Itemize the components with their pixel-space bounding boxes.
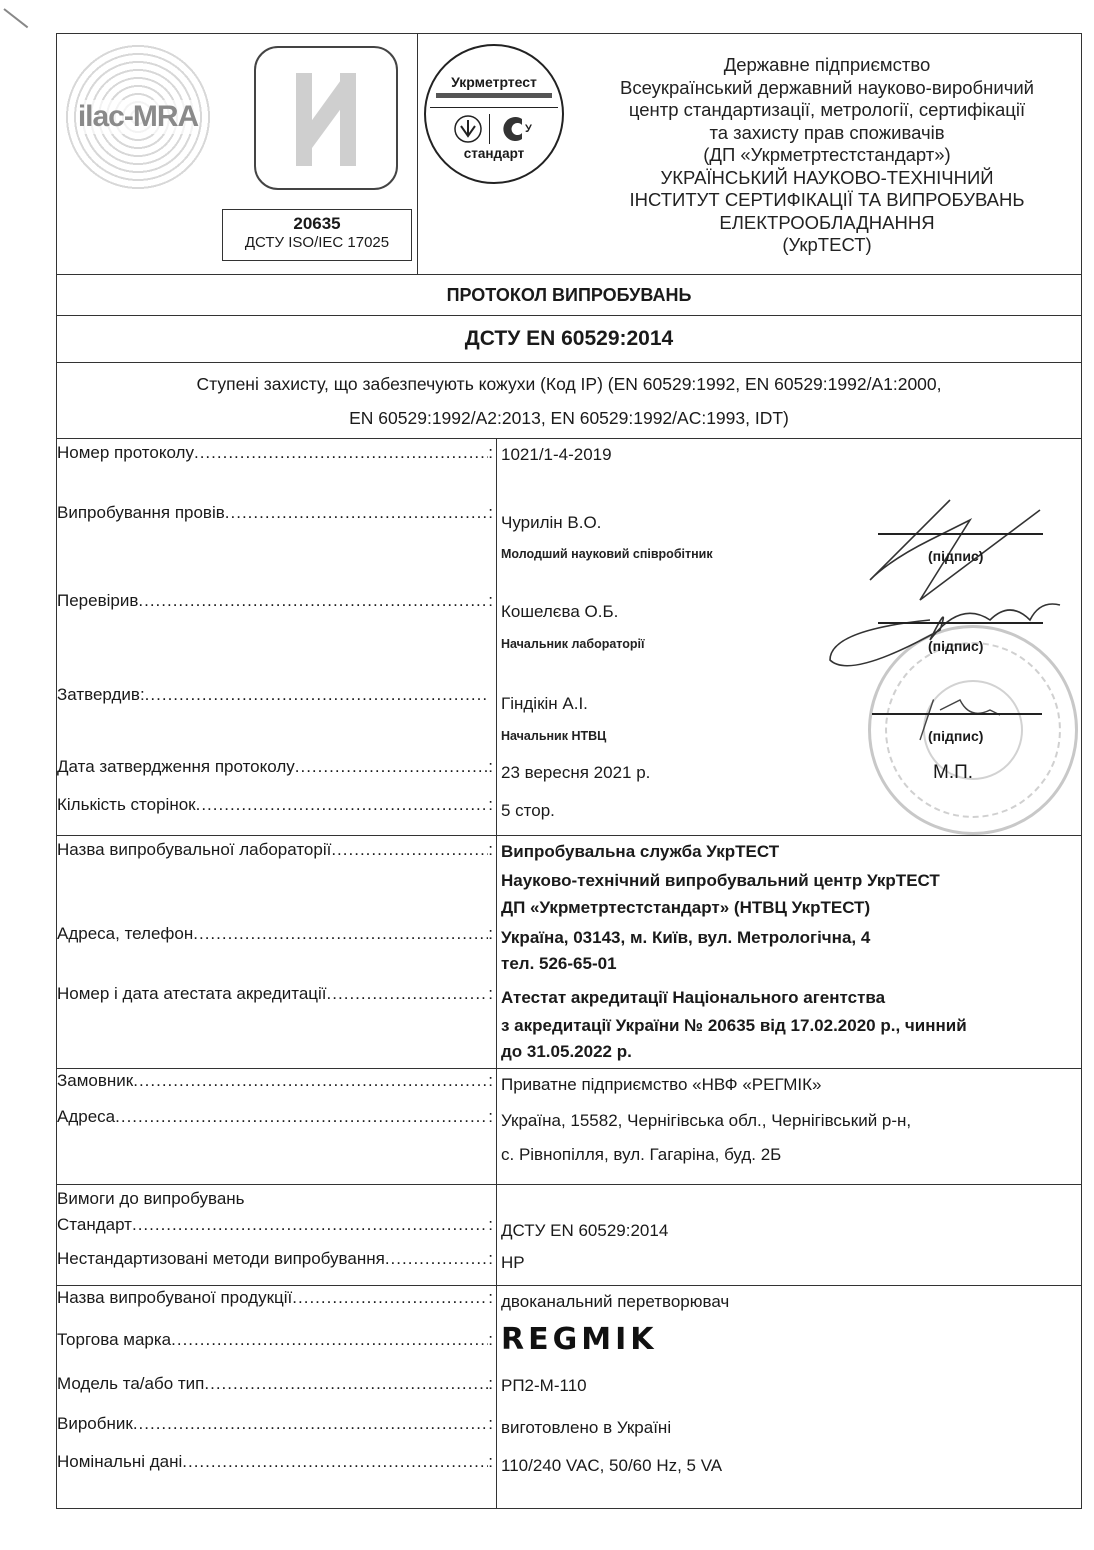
approver-position: Начальник НТВЦ	[501, 729, 606, 743]
requirements-heading: Вимоги до випробувань	[57, 1189, 245, 1209]
org-line: ЕЛЕКТРООБЛАДНАННЯ	[573, 212, 1081, 235]
checker-position: Начальник лабораторії	[501, 637, 645, 651]
ukrsepro-mark-icon: У	[496, 114, 536, 144]
approval-date: 23 вересня 2021 р.	[501, 763, 650, 783]
customer-address-line: Україна, 15582, Чернігівська обл., Черні…	[501, 1111, 911, 1131]
accreditation-line: Атестат акредитації Національного агентс…	[501, 988, 885, 1008]
accreditation-logos: ilac-MRA 20635 ДСТУ ISO/IEC 17025	[57, 34, 418, 274]
ukrmetrtest-logo-bottom: стандарт	[426, 146, 562, 161]
org-line: Всеукраїнський державний науково-виробни…	[573, 77, 1081, 100]
customer-name: Приватне підприємство «НВФ «РЕГМІК»	[501, 1075, 822, 1095]
ilac-text: ilac-MRA	[78, 100, 198, 134]
description-line: EN 60529:1992/A2:2013, EN 60529:1992/AC:…	[57, 401, 1081, 435]
product-name-label: Назва випробуваної продукції:	[57, 1288, 493, 1308]
nonstandard-methods-label: Нестандартизовані методи випробування:	[57, 1249, 493, 1269]
signature-caption: (підпис)	[928, 728, 983, 744]
regmik-trademark-logo: REGMIK	[501, 1322, 657, 1357]
signature-caption: (підпис)	[928, 548, 983, 564]
laboratory-phone: тел. 526-65-01	[501, 954, 617, 974]
customer-section: Замовник: Адреса: Приватне підприємство …	[57, 1069, 1081, 1185]
ukrmetrtest-logo: Укрметртест У стандарт	[418, 34, 573, 274]
ukrmetrtest-seal-icon: Укрметртест У стандарт	[424, 44, 564, 184]
org-line: (ДП «Укрметртестстандарт»)	[573, 144, 1081, 167]
org-line: (УкрТЕСТ)	[573, 234, 1081, 257]
org-line: Державне підприємство	[573, 54, 1081, 77]
customer-address-label: Адреса:	[57, 1107, 493, 1127]
protocol-number-label: Номер протоколу:	[57, 443, 493, 463]
logo-bar	[436, 93, 552, 98]
manufacturer-value: виготовлено в Україні	[501, 1418, 671, 1438]
logo-line	[430, 107, 558, 108]
approval-date-label: Дата затвердження протоколу :	[57, 757, 493, 777]
ilac-mra-logo: ilac-MRA	[63, 42, 213, 192]
trident-mark-icon	[453, 114, 483, 144]
org-line: та захисту прав споживачів	[573, 122, 1081, 145]
rating-value: 110/240 VAC, 50/60 Hz, 5 VA	[501, 1456, 722, 1476]
tested-by-label: Випробування провів:	[57, 503, 493, 523]
model-label: Модель та/або тип:	[57, 1374, 493, 1394]
address-phone-label: Адреса, телефон:	[57, 924, 493, 944]
accreditation-number-box: 20635 ДСТУ ISO/IEC 17025	[222, 209, 412, 261]
checker-name: Кошелєва О.Б.	[501, 602, 618, 622]
ukrmetrtest-logo-top: Укрметртест	[426, 74, 562, 90]
description-line: Ступені захисту, що забезпечують кожухи …	[57, 367, 1081, 401]
accreditation-cert-label: Номер і дата атестата акредитації :	[57, 984, 493, 1004]
stamp-place-label: М.П.	[933, 762, 973, 784]
header: ilac-MRA 20635 ДСТУ ISO/IEC 17025 Укрмет…	[57, 34, 1081, 275]
standard-label: Стандарт :	[57, 1215, 493, 1235]
checked-by-label: Перевірив:	[57, 591, 493, 611]
accreditation-number: 20635	[223, 214, 411, 234]
standard-description: Ступені захисту, що забезпечують кожухи …	[57, 363, 1081, 439]
tester-name: Чурилін В.О.	[501, 513, 601, 533]
page-count: 5 стор.	[501, 801, 555, 821]
manufacturer-label: Виробник:	[57, 1414, 493, 1434]
approved-by-label: Затвердив:	[57, 685, 487, 705]
nonstandard-methods-value: НР	[501, 1253, 525, 1273]
product-section: Назва випробуваної продукції: Торгова ма…	[57, 1286, 1081, 1509]
laboratory-name-line: Науково-технічний випробувальний центр У…	[501, 871, 940, 891]
laboratory-section: Назва випробувальної лабораторії : Адрес…	[57, 836, 1081, 1069]
laboratory-name-line: ДП «Укрметртестстандарт» (НТВЦ УкрТЕСТ)	[501, 898, 870, 918]
organization-name: Державне підприємство Всеукраїнський дер…	[573, 34, 1081, 274]
document-standard: ДСТУ EN 60529:2014	[57, 316, 1081, 363]
scan-corner-mark	[3, 8, 28, 28]
signature-line	[878, 533, 1043, 535]
laboratory-address: Україна, 03143, м. Київ, вул. Метрологіч…	[501, 928, 870, 948]
customer-address-line: с. Рівнопілля, вул. Гагаріна, буд. 2Б	[501, 1145, 781, 1165]
customer-label: Замовник:	[57, 1071, 493, 1091]
svg-text:У: У	[525, 123, 532, 135]
product-name: двоканальний перетворювач	[501, 1292, 729, 1312]
org-line: центр стандартизації, метрології, сертиф…	[573, 99, 1081, 122]
rating-label: Номінальні дані :	[57, 1452, 493, 1472]
requirements-standard: ДСТУ EN 60529:2014	[501, 1221, 668, 1241]
national-accreditation-logo-icon	[254, 46, 398, 190]
model-value: РП2-М-110	[501, 1376, 587, 1396]
page-count-label: Кількість сторінок:	[57, 795, 493, 815]
accreditation-standard: ДСТУ ISO/IEC 17025	[223, 234, 411, 251]
tester-position: Молодший науковий співробітник	[501, 547, 713, 561]
laboratory-name-line: Випробувальна служба УкрТЕСТ	[501, 842, 779, 862]
requirements-section: Вимоги до випробувань Стандарт : Нестанд…	[57, 1185, 1081, 1286]
signature-caption: (підпис)	[928, 638, 983, 654]
accreditation-line: до 31.05.2022 р.	[501, 1042, 632, 1062]
org-line: УКРАЇНСЬКИЙ НАУКОВО-ТЕХНІЧНИЙ	[573, 167, 1081, 190]
signature-line	[878, 622, 1043, 624]
conformity-marks: У	[426, 112, 562, 146]
org-line: ІНСТИТУТ СЕРТИФІКАЦІЇ ТА ВИПРОБУВАНЬ	[573, 189, 1081, 212]
logo-divider	[489, 114, 490, 144]
signature-line	[872, 713, 1042, 715]
laboratory-name-label: Назва випробувальної лабораторії :	[57, 840, 493, 860]
accreditation-line: з акредитації України № 20635 від 17.02.…	[501, 1016, 967, 1036]
document-title: ПРОТОКОЛ ВИПРОБУВАНЬ	[57, 275, 1081, 316]
protocol-number: 1021/1-4-2019	[501, 445, 612, 465]
trademark-label: Торгова марка:	[57, 1330, 493, 1350]
approver-name: Гіндікін А.І.	[501, 694, 588, 714]
